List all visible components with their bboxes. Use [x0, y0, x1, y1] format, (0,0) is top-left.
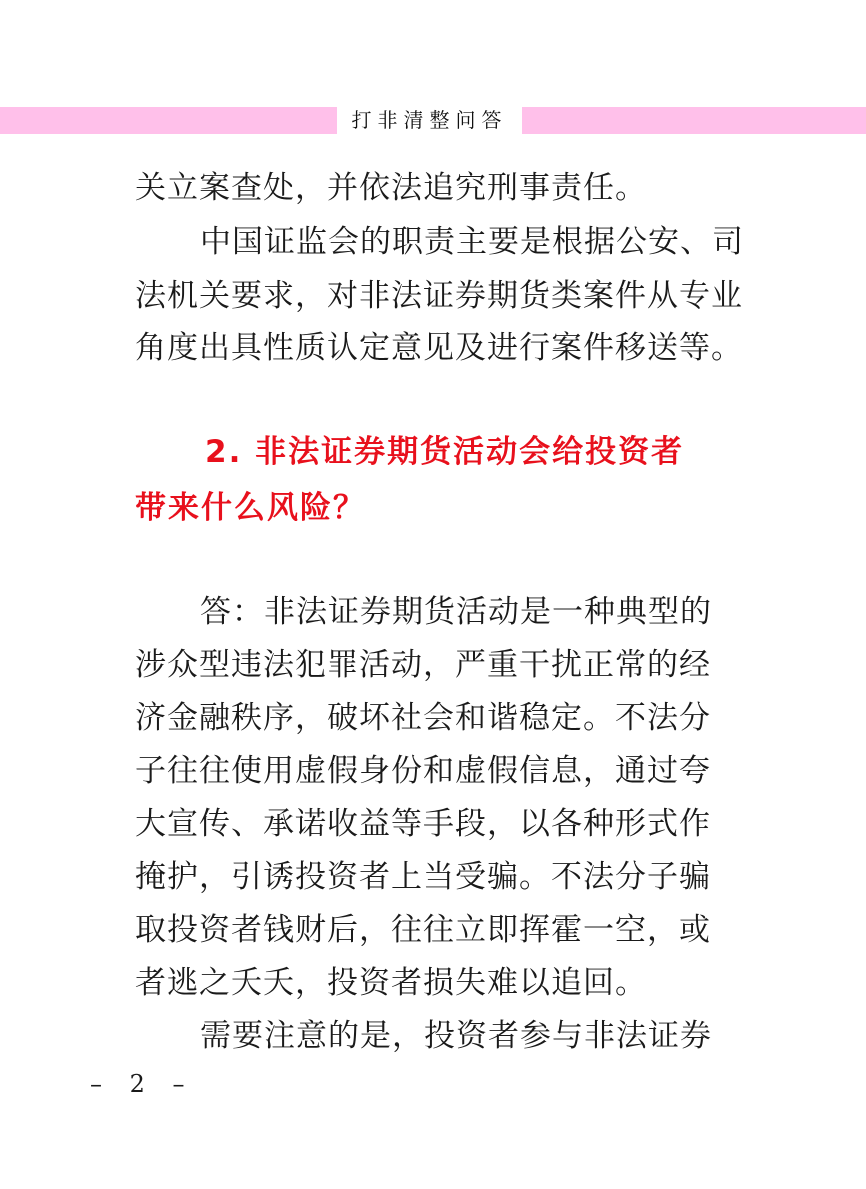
answer-line: 济金融秩序，破坏社会和谐稳定。不法分	[135, 698, 711, 738]
page-number: – 2 –	[90, 1070, 195, 1098]
answer-line: 者逃之夭夭，投资者损失难以追回。	[135, 963, 647, 1003]
answer-line: 掩护，引诱投资者上当受骗。不法分子骗	[135, 857, 711, 897]
running-header: 打非清整问答	[0, 107, 866, 134]
header-title: 打非清整问答	[337, 107, 522, 134]
header-band-left	[0, 107, 337, 134]
question-heading: 带来什么风险？	[135, 488, 366, 528]
paragraph-line: 角度出具性质认定意见及进行案件移送等。	[135, 328, 743, 368]
answer-line: 需要注意的是，投资者参与非法证券	[200, 1016, 712, 1056]
header-band-right	[522, 107, 866, 134]
paragraph-line: 中国证监会的职责主要是根据公安、司	[200, 222, 744, 262]
answer-line: 子往往使用虚假身份和虚假信息，通过夸	[135, 751, 711, 791]
question-heading: 2. 非法证券期货活动会给投资者	[205, 432, 684, 472]
answer-line: 涉众型违法犯罪活动，严重干扰正常的经	[135, 645, 711, 685]
answer-line: 答：非法证券期货活动是一种典型的	[200, 592, 712, 632]
paragraph-line: 法机关要求，对非法证券期货类案件从专业	[135, 276, 743, 316]
answer-line: 大宣传、承诺收益等手段，以各种形式作	[135, 804, 711, 844]
paragraph-line: 关立案查处，并依法追究刑事责任。	[135, 168, 647, 208]
answer-line: 取投资者钱财后，往往立即挥霍一空，或	[135, 910, 711, 950]
